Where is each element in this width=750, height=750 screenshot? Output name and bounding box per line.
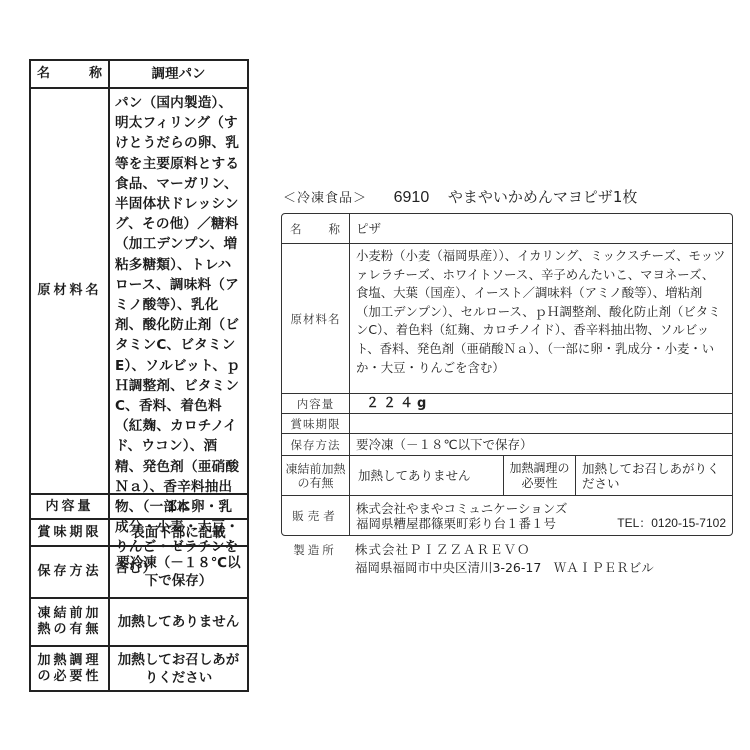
label-cooking-required: 加熱調理の必要性 [504, 456, 576, 495]
value-heating-before-freezing: 加熱してありません [110, 599, 247, 645]
label-name: 名 称 [282, 214, 350, 243]
label-content: 内容量 [31, 495, 110, 518]
label-manufacturer: 製造所 [281, 541, 349, 559]
right-food-label-table: 名 称 ピザ 原材料名 小麦粉（小麦（福岡県産））、イカリング、ミックスチーズ、… [281, 213, 733, 536]
label-storage: 保存方法 [31, 547, 110, 597]
row-cooking-required: 加熱調理の必要性 加熱してお召しあがりください [31, 647, 247, 690]
value-name: 調理パン [110, 61, 247, 87]
row-heating: 凍結前加熱の有無 加熱してありません 加熱調理の必要性 加熱してお召しあがりくだ… [282, 456, 732, 496]
seller-company: 株式会社やまやコミュニケーションズ [356, 501, 567, 516]
value-seller: 株式会社やまやコミュニケーションズ 福岡県糟屋郡篠栗町彩り台１番１号 TEL：0… [350, 496, 732, 535]
row-expiry: 賞味期限 [282, 414, 732, 434]
label-heating-before-freezing: 凍結前加熱の有無 [31, 599, 110, 645]
label-ingredients: 原材料名 [31, 89, 110, 493]
label-cooking-required: 加熱調理の必要性 [31, 647, 110, 690]
label-name-a: 名 [290, 222, 303, 236]
value-ingredients: 小麦粉（小麦（福岡県産））、イカリング、ミックスチーズ、モッツァレラチーズ、ホワ… [350, 244, 732, 393]
label-name-b: 称 [329, 222, 342, 236]
label-name-a: 名 [37, 66, 50, 82]
label-expiry: 賞味期限 [31, 520, 110, 545]
row-expiry: 賞味期限 表面下部に記載 [31, 520, 247, 547]
label-name: 名 称 [31, 61, 110, 87]
value-name: ピザ [350, 214, 732, 243]
label-ingredients: 原材料名 [282, 244, 350, 393]
row-content: 内容量 ２２４g [282, 394, 732, 414]
value-cooking-required: 加熱してお召しあがりください [110, 647, 247, 690]
value-storage: 要冷凍（－１８℃以下で保存） [110, 547, 247, 597]
category: ＜冷凍食品＞ [283, 191, 367, 206]
row-name: 名 称 調理パン [31, 61, 247, 89]
value-cooking-required: 加熱してお召しあがりください [576, 456, 732, 495]
row-name: 名 称 ピザ [282, 214, 732, 244]
manufacturer-address: 福岡県福岡市中央区清川3-26-17 ＷＡＩＰＥＲビル [355, 559, 654, 577]
seller-address: 福岡県糟屋郡篠栗町彩り台１番１号 [356, 516, 556, 531]
label-name-b: 称 [89, 66, 102, 82]
label-storage: 保存方法 [282, 434, 350, 455]
label-heating-before-freezing: 凍結前加熱の有無 [282, 456, 350, 495]
row-ingredients: 原材料名 小麦粉（小麦（福岡県産））、イカリング、ミックスチーズ、モッツァレラチ… [282, 244, 732, 394]
right-label-title: ＜冷凍食品＞ 6910 やまやいかめんマヨピザ1枚 [283, 186, 743, 207]
row-heating-before-freezing: 凍結前加熱の有無 加熱してありません [31, 599, 247, 647]
label-expiry: 賞味期限 [282, 414, 350, 433]
value-content: ２２４g [350, 394, 732, 413]
row-content: 内容量 1本 [31, 495, 247, 520]
product-code: 6910 [394, 189, 430, 206]
row-storage: 保存方法 要冷凍（－１８℃以下で保存） [31, 547, 247, 599]
left-food-label-table: 名 称 調理パン 原材料名 パン（国内製造）、明太フィリング（すけとうだらの卵、… [29, 59, 249, 692]
manufacturer-company: 株式会社ＰＩＺＺＡＲＥＶＯ [355, 541, 531, 559]
product-name: やまやいかめんマヨピザ1枚 [448, 188, 638, 206]
label-content: 内容量 [282, 394, 350, 413]
value-heating-before-freezing: 加熱してありません [350, 456, 504, 495]
row-seller: 販売者 株式会社やまやコミュニケーションズ 福岡県糟屋郡篠栗町彩り台１番１号 T… [282, 496, 732, 535]
value-ingredients: パン（国内製造）、明太フィリング（すけとうだらの卵、乳等を主要原料とする食品、マ… [110, 89, 247, 493]
value-expiry [350, 414, 732, 433]
label-seller: 販売者 [282, 496, 350, 535]
seller-tel: TEL：0120-15-7102 [617, 516, 726, 531]
value-expiry: 表面下部に記載 [110, 520, 247, 545]
row-storage: 保存方法 要冷凍（－１８℃以下で保存） [282, 434, 732, 456]
value-storage: 要冷凍（－１８℃以下で保存） [350, 434, 732, 455]
row-ingredients: 原材料名 パン（国内製造）、明太フィリング（すけとうだらの卵、乳等を主要原料とす… [31, 89, 247, 495]
value-content: 1本 [110, 495, 247, 518]
